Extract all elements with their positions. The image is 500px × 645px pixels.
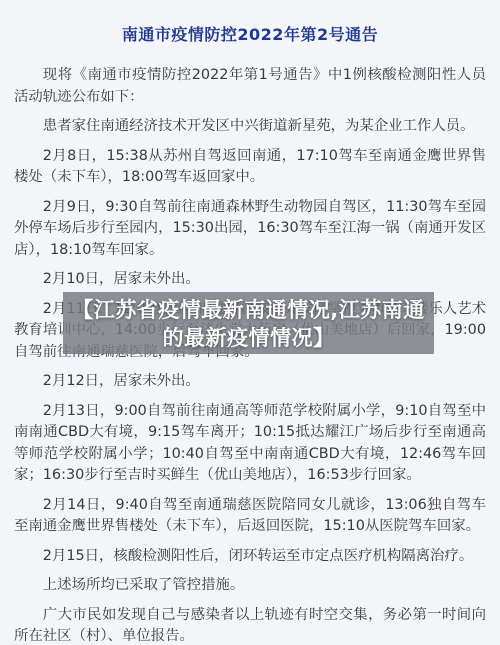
notice-paragraph: 2月8日，15:38从苏州自驾返回南通，17:10驾车至南通金鹰世界售楼处（未下… bbox=[14, 146, 486, 189]
notice-paragraph: 2月13日，9:00自驾前往南通高等师范学校附属小学，9:10自驾至中南南通CB… bbox=[14, 401, 486, 487]
notice-paragraph: 2月15日，核酸检测阳性后，闭环转运至市定点医疗机构隔离治疗。 bbox=[14, 546, 486, 568]
notice-paragraph: 现将《南通市疫情防控2022年第1号通告》中1例核酸检测阳性人员活动轨迹公布如下… bbox=[14, 65, 486, 108]
notice-title: 南通市疫情防控2022年第2号通告 bbox=[0, 0, 500, 45]
notice-paragraph: 广大市民如发现自己与感染者以上轨迹有时空交集，务必第一时间向所在社区（村）、单位… bbox=[14, 605, 486, 645]
notice-page: { "page": { "background_color": "#f4f5f9… bbox=[0, 0, 500, 645]
notice-paragraph: 2月12日，居家未外出。 bbox=[14, 371, 486, 393]
notice-paragraph: 上述场所均已采取了管控措施。 bbox=[14, 575, 486, 597]
notice-paragraph: 2月14日，9:40自驾至南通瑞慈医院陪同女儿就诊，13:06独自驾车至南通金鹰… bbox=[14, 495, 486, 538]
watermark-overlay: 【江苏省疫情最新南通情况,江苏南通 的最新疫情情况】 bbox=[63, 292, 434, 354]
notice-paragraph: 患者家住南通经济技术开发区中兴街道新星苑，为某企业工作人员。 bbox=[14, 116, 486, 138]
notice-body: 现将《南通市疫情防控2022年第1号通告》中1例核酸检测阳性人员活动轨迹公布如下… bbox=[0, 65, 500, 645]
notice-paragraph: 2月9日，9:30自驾前往南通森林野生动物园自驾区，11:30驾车至园外停车场后… bbox=[14, 197, 486, 262]
notice-paragraph: 2月10日，居家未外出。 bbox=[14, 269, 486, 291]
watermark-line-1: 【江苏省疫情最新南通情况,江苏南通 bbox=[63, 296, 434, 324]
watermark-line-2: 的最新疫情情况】 bbox=[63, 324, 434, 352]
